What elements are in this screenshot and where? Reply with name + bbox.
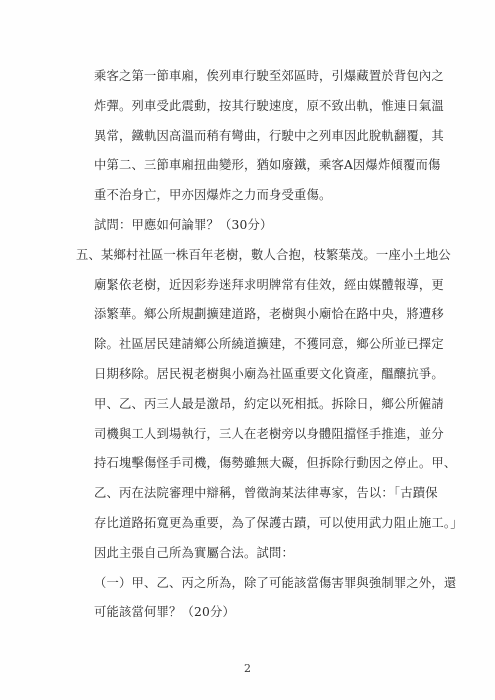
text-line: 持石塊擊傷怪手司機，傷勢雖無大礙，但拆除行動因之停止。甲、 (94, 449, 495, 479)
text-line: 廟緊依老樹，近因彩券迷拜求明牌常有佳效，經由媒體報導，更 (94, 271, 495, 301)
text-line: 除。社區居民建請鄉公所繞道擴建，不獲同意，鄉公所並已擇定 (94, 330, 495, 360)
text-line: 重不治身亡，甲亦因爆炸之力而身受重傷。 (94, 181, 495, 211)
text-line: 日期移除。居民視老樹與小廟為社區重要文化資產，醞釀抗爭。 (94, 360, 495, 390)
text-line: 因此主張自己所為實屬合法。試問： (94, 539, 495, 569)
page-number: 2 (0, 662, 495, 675)
text-line: 乙、丙在法院審理中辯稱，曾徵詢某法律專家，告以：「古蹟保 (94, 479, 495, 509)
text-line: 中第二、三節車廂扭曲變形，猶如廢鐵，乘客A因爆炸傾覆而傷 (94, 151, 495, 181)
text-line: 添繁華。鄉公所規劃擴建道路，老樹與小廟恰在路中央，將遭移 (94, 300, 495, 330)
document-page: 乘客之第一節車廂，俟列車行駛至郊區時，引爆藏置於背包內之 炸彈。列車受此震動，按… (0, 0, 495, 700)
question-five-start-line: 五、某鄉村社區一株百年老樹，數人合抱，枝繁葉茂。一座小土地公 (76, 241, 495, 271)
sub-question-line: 可能該當何罪？（20分） (94, 598, 495, 628)
text-line: 司機與工人到場執行，三人在老樹旁以身體阻擋怪手推進，並分 (94, 420, 495, 450)
sub-question-line: （一）甲、乙、丙之所為，除了可能該當傷害罪與強制罪之外，還 (94, 569, 495, 599)
text-line: 存比道路拓寬更為重要，為了保護古蹟，可以使用武力阻止施工。」 (94, 509, 495, 539)
question-prompt-line: 試問：甲應如何論罪？（30分） (94, 211, 495, 241)
exam-body-text: 乘客之第一節車廂，俟列車行駛至郊區時，引爆藏置於背包內之 炸彈。列車受此震動，按… (0, 62, 495, 628)
text-line: 乘客之第一節車廂，俟列車行駛至郊區時，引爆藏置於背包內之 (94, 62, 495, 92)
text-line: 異常，鐵軌因高溫而稍有彎曲，行駛中之列車因此脫軌翻覆，其 (94, 122, 495, 152)
text-line: 炸彈。列車受此震動，按其行駛速度，原不致出軌，惟連日氣溫 (94, 92, 495, 122)
text-line: 甲、乙、丙三人最是激昂，約定以死相抵。拆除日，鄉公所僱請 (94, 390, 495, 420)
